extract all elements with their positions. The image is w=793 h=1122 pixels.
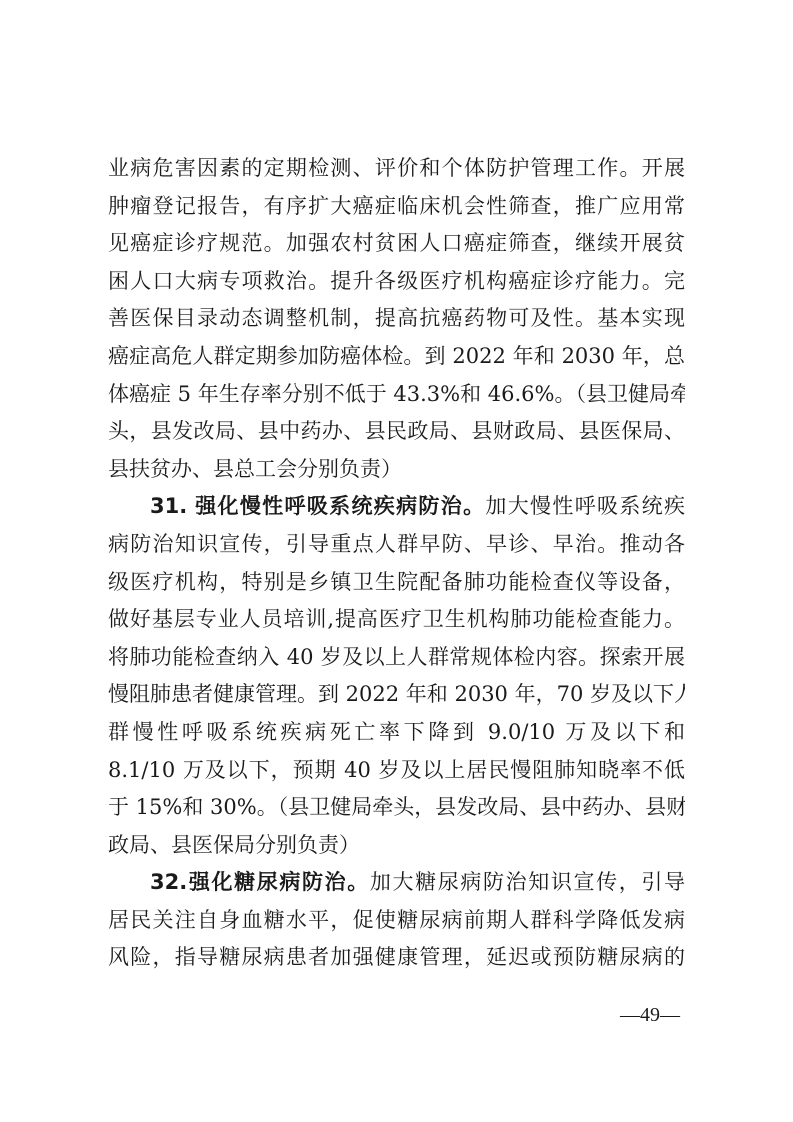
text-line: 见癌症诊疗规范。加强农村贫困人口癌症筛查，继续开展贫 bbox=[108, 225, 685, 263]
text-line: 善医保目录动态调整机制，提高抗癌药物可及性。基本实现 bbox=[108, 300, 685, 338]
text-line: 政局、县医保局分别负责） bbox=[108, 827, 685, 865]
section-31-heading: 强化慢性呼吸系统疾病防治。 bbox=[195, 494, 485, 518]
text-line: 头，县发改局、县中药办、县民政局、县财政局、县医保局、 bbox=[108, 413, 685, 451]
section-32-number: 32. bbox=[150, 870, 187, 894]
section-31-first-line: 31. 强化慢性呼吸系统疾病防治。加大慢性呼吸系统疾 bbox=[108, 488, 685, 526]
section-31-text: 加大慢性呼吸系统疾 bbox=[485, 494, 685, 518]
text-line: 体癌症 5 年生存率分别不低于 43.3%和 46.6%。（县卫健局牵 bbox=[108, 376, 685, 414]
body-text: 业病危害因素的定期检测、评价和个体防护管理工作。开展 肿瘤登记报告，有序扩大癌症… bbox=[108, 150, 685, 977]
section-31-number: 31. bbox=[150, 494, 187, 518]
section-32-heading: 强化糖尿病防治。 bbox=[187, 870, 370, 894]
text-line: 做好基层专业人员培训,提高医疗卫生机构肺功能检查能力。 bbox=[108, 601, 685, 639]
text-line: 级医疗机构，特别是乡镇卫生院配备肺功能检查仪等设备， bbox=[108, 564, 685, 602]
text-line: 癌症高危人群定期参加防癌体检。到 2022 年和 2030 年，总 bbox=[108, 338, 685, 376]
text-line: 风险，指导糖尿病患者加强健康管理，延迟或预防糖尿病的 bbox=[108, 939, 685, 977]
document-page: 业病危害因素的定期检测、评价和个体防护管理工作。开展 肿瘤登记报告，有序扩大癌症… bbox=[0, 0, 793, 1122]
text-line: 困人口大病专项救治。提升各级医疗机构癌症诊疗能力。完 bbox=[108, 263, 685, 301]
text-line: 居民关注自身血糖水平，促使糖尿病前期人群科学降低发病 bbox=[108, 902, 685, 940]
section-32-text: 加大糖尿病防治知识宣传，引导 bbox=[370, 870, 685, 894]
text-line: 群慢性呼吸系统疾病死亡率下降到 9.0/10 万及以下和 bbox=[108, 714, 685, 752]
text-line: 肿瘤登记报告，有序扩大癌症临床机会性筛查，推广应用常 bbox=[108, 188, 685, 226]
text-line: 县扶贫办、县总工会分别负责） bbox=[108, 451, 685, 489]
section-32-first-line: 32.强化糖尿病防治。加大糖尿病防治知识宣传，引导 bbox=[108, 864, 685, 902]
text-line: 8.1/10 万及以下，预期 40 岁及以上居民慢阻肺知晓率不低 bbox=[108, 752, 685, 790]
text-line: 将肺功能检查纳入 40 岁及以上人群常规体检内容。探索开展 bbox=[108, 639, 685, 677]
text-line: 慢阻肺患者健康管理。到 2022 年和 2030 年，70 岁及以下人 bbox=[108, 676, 685, 714]
text-line: 于 15%和 30%。（县卫健局牵头，县发改局、县中药办、县财 bbox=[108, 789, 685, 827]
text-line: 业病危害因素的定期检测、评价和个体防护管理工作。开展 bbox=[108, 150, 685, 188]
page-number: —49— bbox=[620, 1004, 680, 1027]
text-line: 病防治知识宣传，引导重点人群早防、早诊、早治。推动各 bbox=[108, 526, 685, 564]
